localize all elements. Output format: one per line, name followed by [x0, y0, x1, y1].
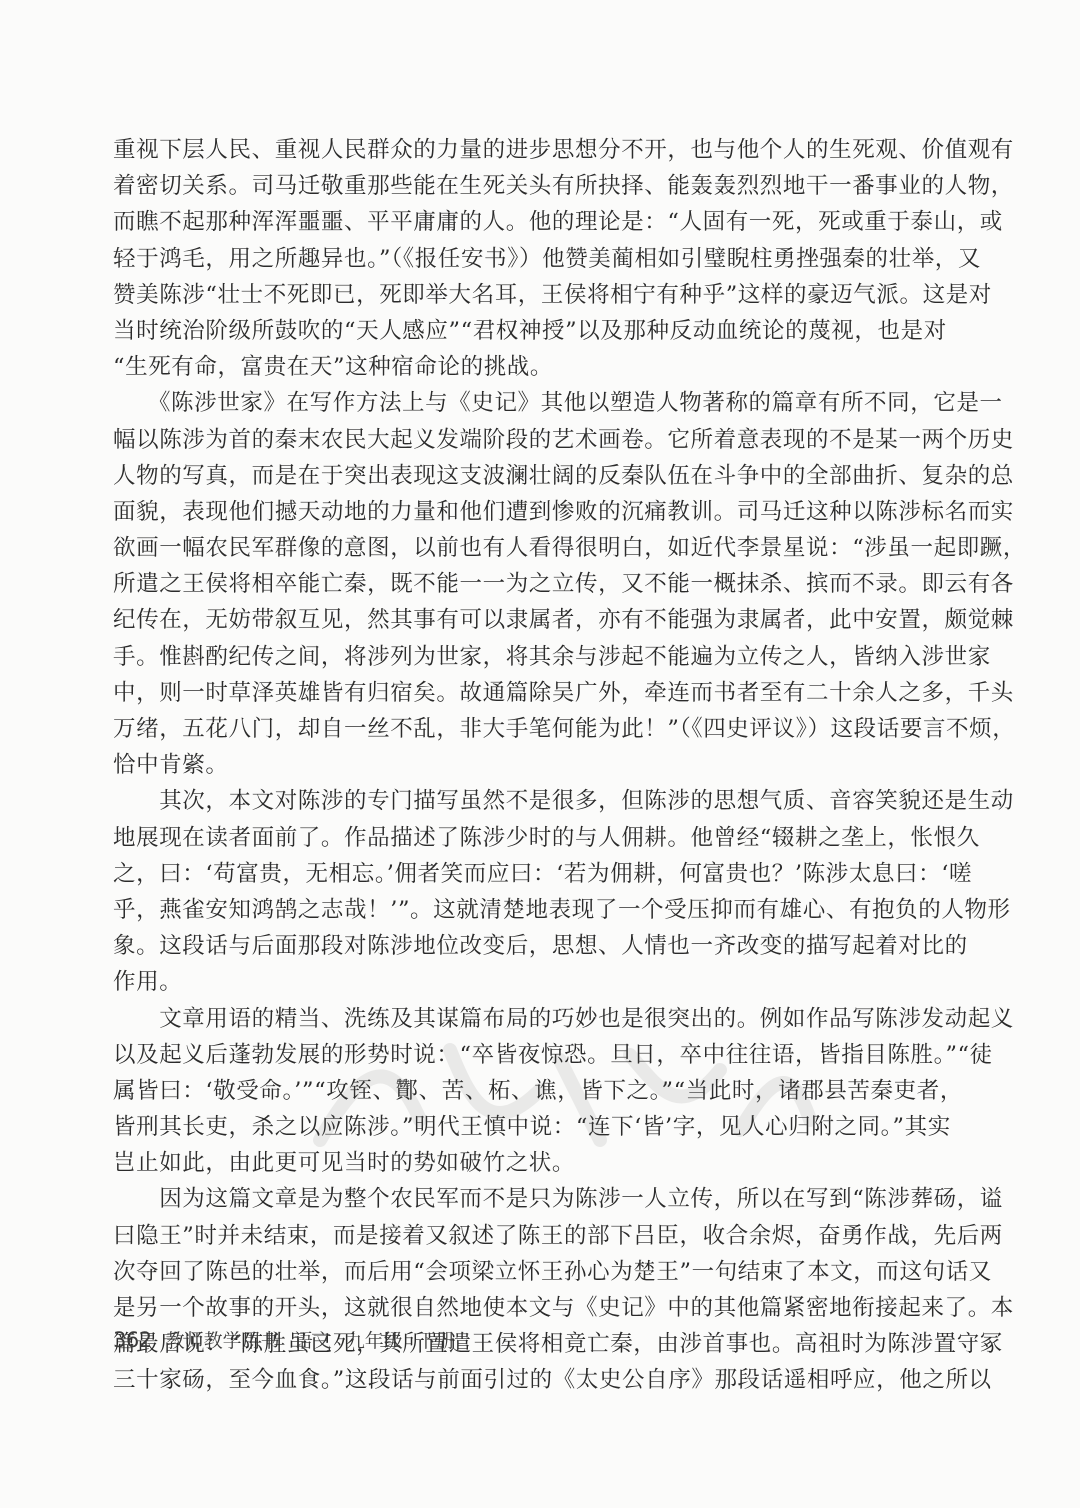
- text-line: 三十家砀，至今血食。”这段话与前面引过的《太史公自序》那段话遥相呼应，他之所以: [113, 1362, 929, 1398]
- text-line: 地展现在读者面前了。作品描述了陈涉少时的与人佣耕。他曾经“辍耕之垄上，怅恨久: [113, 820, 929, 856]
- page-number: 362: [113, 1328, 152, 1352]
- subject-label: 语文: [294, 1330, 332, 1352]
- text-line: 曰隐王”时并未结束，而是接着又叙述了陈王的部下吕臣，收合余烬，奋勇作战，先后两: [113, 1218, 929, 1254]
- text-line: 象。这段话与后面那段对陈涉地位改变后，思想、人情也一齐改变的描写起着对比的: [113, 928, 929, 964]
- text-line: 欲画一幅农民军群像的意图，以前也有人看得很明白，如近代李景星说：“涉虽一起即蹶，: [113, 530, 929, 566]
- text-line: 赞美陈涉“壮士不死即已，死即举大名耳，王侯将相宁有种乎”这样的豪迈气派。这是对: [113, 277, 929, 313]
- text-line: 属皆曰：‘敬受命。’”“攻铚、酇、苦、柘、谯，皆下之。”“当此时，诸郡县苦秦吏者…: [113, 1073, 929, 1109]
- text-line: 万绪，五花八门，却自一丝不乱，非大手笔何能为此！”（《四史评议》）这段话要言不烦…: [113, 711, 929, 747]
- text-line: 轻于鸿毛，用之所趣异也。”（《报任安书》）他赞美蔺相如引璧睨柱勇挫强秦的壮举，又: [113, 241, 929, 277]
- text-line: 人物的写真，而是在于突出表现这支波澜壮阔的反秦队伍在斗争中的全部曲折、复杂的总: [113, 458, 929, 494]
- book-title: 教师教学用书: [166, 1330, 280, 1352]
- text-line: “生死有命，富贵在天”这种宿命论的挑战。: [113, 349, 929, 385]
- text-line: 着密切关系。司马迁敬重那些能在生死关头有所抉择、能轰轰烈烈地干一番事业的人物，: [113, 168, 929, 204]
- paragraph: 重视下层人民、重视人民群众的力量的进步思想分不开，也与他个人的生死观、价值观有 …: [113, 132, 929, 385]
- text-line: 恰中肯綮。: [113, 747, 929, 783]
- text-line: 文章用语的精当、洗练及其谋篇布局的巧妙也是很突出的。例如作品写陈涉发动起义: [113, 1001, 929, 1037]
- paragraph: 因为这篇文章是为整个农民军而不是只为陈涉一人立传，所以在写到“陈涉葬砀，谥 曰隐…: [113, 1181, 929, 1398]
- text-line: 是另一个故事的开头，这就很自然地使本文与《史记》中的其他篇紧密地衔接起来了。本: [113, 1290, 929, 1326]
- text-line: 重视下层人民、重视人民群众的力量的进步思想分不开，也与他个人的生死观、价值观有: [113, 132, 929, 168]
- text-line: 其次，本文对陈涉的专门描写虽然不是很多，但陈涉的思想气质、音容笑貌还是生动: [113, 783, 929, 819]
- text-line: 岂止如此，由此更可见当时的势如破竹之状。: [113, 1145, 929, 1181]
- text-line: 所遣之王侯将相卒能亡秦，既不能一一为之立传，又不能一概抹杀、摈而不录。即云有各: [113, 566, 929, 602]
- text-line: 以及起义后蓬勃发展的形势时说：“卒皆夜惊恐。旦日，卒中往往语，皆指目陈胜。”“徒: [113, 1037, 929, 1073]
- page-footer: 362 教师教学用书 语文 九年级 下册: [113, 1326, 463, 1353]
- text-line: 纪传在，无妨带叙互见，然其事有可以隶属者，亦有不能强为隶属者，此中安置，颇觉棘: [113, 602, 929, 638]
- text-line: 当时统治阶级所鼓吹的“天人感应”“君权神授”以及那种反动血统论的蔑视，也是对: [113, 313, 929, 349]
- paragraph: 文章用语的精当、洗练及其谋篇布局的巧妙也是很突出的。例如作品写陈涉发动起义 以及…: [113, 1001, 929, 1182]
- text-line: 手。惟斟酌纪传之间，将涉列为世家，将其余与涉起不能遍为立传之人，皆纳入涉世家: [113, 639, 929, 675]
- text-line: 作用。: [113, 964, 929, 1000]
- page-body: 重视下层人民、重视人民群众的力量的进步思想分不开，也与他个人的生死观、价值观有 …: [113, 132, 929, 1399]
- text-line: 而瞧不起那种浑浑噩噩、平平庸庸的人。他的理论是：“人固有一死，死或重于泰山，或: [113, 204, 929, 240]
- text-line: 之，曰：‘苟富贵，无相忘。’佣者笑而应曰：‘若为佣耕，何富贵也？’陈涉太息曰：‘…: [113, 856, 929, 892]
- text-line: 次夺回了陈邑的壮举，而后用“会项梁立怀王孙心为楚王”一句结束了本文，而这句话又: [113, 1254, 929, 1290]
- volume-label: 下册: [417, 1330, 455, 1352]
- text-line: 幅以陈涉为首的秦末农民大起义发端阶段的艺术画卷。它所着意表现的不是某一两个历史: [113, 422, 929, 458]
- text-line: 因为这篇文章是为整个农民军而不是只为陈涉一人立传，所以在写到“陈涉葬砀，谥: [113, 1181, 929, 1217]
- text-line: 《陈涉世家》在写作方法上与《史记》其他以塑造人物著称的篇章有所不同，它是一: [113, 385, 929, 421]
- text-line: 皆刑其长吏，杀之以应陈涉。”明代王慎中说：“连下‘皆’字，见人心归附之同。”其实: [113, 1109, 929, 1145]
- paragraph: 其次，本文对陈涉的专门描写虽然不是很多，但陈涉的思想气质、音容笑貌还是生动 地展…: [113, 783, 929, 1000]
- text-line: 中，则一时草泽英雄皆有归宿矣。故通篇除吴广外，牵连而书者至有二十余人之多，千头: [113, 675, 929, 711]
- grade-label: 九年级: [346, 1330, 403, 1352]
- text-line: 面貌，表现他们撼天动地的力量和他们遭到惨败的沉痛教训。司马迁这种以陈涉标名而实: [113, 494, 929, 530]
- text-line: 乎，燕雀安知鸿鹄之志哉！’”。这就清楚地表现了一个受压抑而有雄心、有抱负的人物形: [113, 892, 929, 928]
- paragraph: 《陈涉世家》在写作方法上与《史记》其他以塑造人物著称的篇章有所不同，它是一 幅以…: [113, 385, 929, 783]
